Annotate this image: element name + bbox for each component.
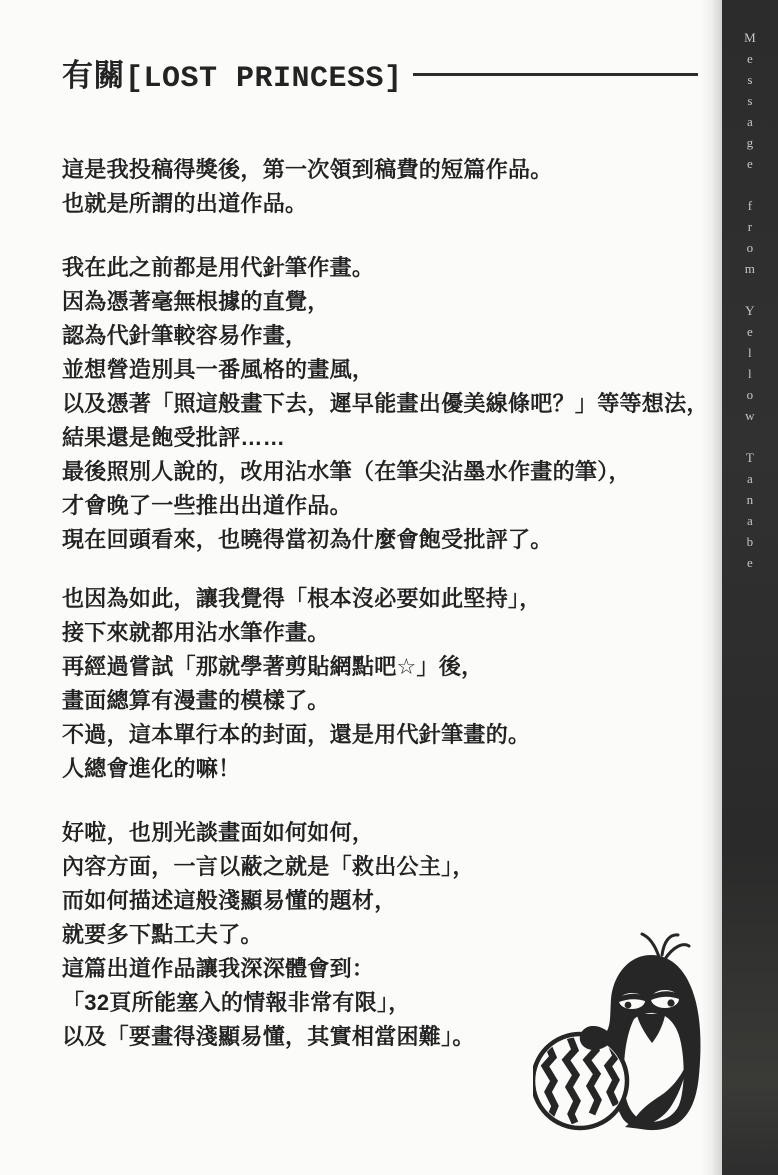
page-title-cjk: 有關 <box>62 58 125 93</box>
penguin-mascot-illustration <box>533 931 715 1137</box>
watermelon-icon <box>533 1034 627 1128</box>
scanned-afterword-page: 有關[LOST PRINCESS] 這是我投稿得獎後，第一次領到稿費的短篇作品。… <box>0 0 778 1175</box>
paragraph-2: 我在此之前都是用代針筆作畫。 因為憑著毫無根據的直覺， 認為代針筆較容易作畫， … <box>62 251 752 557</box>
page-title-latin: [LOST PRINCESS] <box>125 62 403 96</box>
spine-vertical-text: Message from Yellow Tanabe <box>741 30 757 576</box>
page-title: 有關[LOST PRINCESS] <box>62 50 403 96</box>
spine-sidebar: Message from Yellow Tanabe <box>722 0 778 1175</box>
paragraph-1: 這是我投稿得獎後，第一次領到稿費的短篇作品。 也就是所謂的出道作品。 <box>62 153 752 221</box>
page-curl-shadow <box>700 0 722 1175</box>
paragraph-3: 也因為如此，讓我覺得「根本沒必要如此堅持」， 接下來就都用沾水筆作畫。 再經過嘗… <box>62 582 752 786</box>
penguin-eye-left <box>619 993 645 1009</box>
page-title-row: 有關[LOST PRINCESS] <box>62 50 698 96</box>
title-rule <box>413 73 698 76</box>
penguin-eye-right <box>651 990 679 1008</box>
